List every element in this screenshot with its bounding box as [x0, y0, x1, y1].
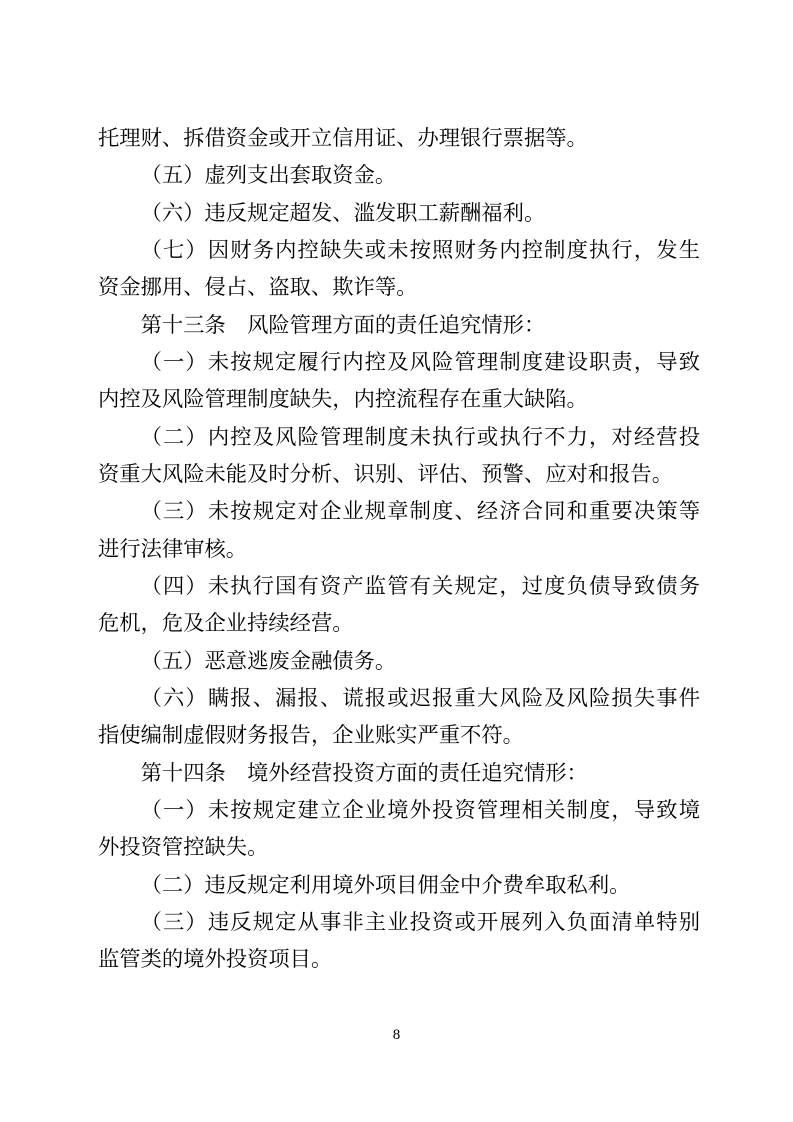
text-line: 资重大风险未能及时分析、识别、评估、预警、应对和报告。: [98, 456, 700, 493]
text-line: 内控及风险管理制度缺失，内控流程存在重大缺陷。: [98, 381, 700, 418]
text-line: 托理财、拆借资金或开立信用证、办理银行票据等。: [98, 120, 700, 157]
text-line: （五）虚列支出套取资金。: [98, 157, 700, 194]
text-line: 第十四条 境外经营投资方面的责任追究情形：: [98, 755, 700, 792]
text-line: （六）违反规定超发、滥发职工薪酬福利。: [98, 195, 700, 232]
text-line: （一）未按规定建立企业境外投资管理相关制度，导致境: [98, 792, 700, 829]
text-line: （七）因财务内控缺失或未按照财务内控制度执行，发生: [98, 232, 700, 269]
text-line: （五）恶意逃废金融债务。: [98, 643, 700, 680]
text-line: （三）未按规定对企业规章制度、经济合同和重要决策等: [98, 493, 700, 530]
text-line: 进行法律审核。: [98, 531, 700, 568]
document-page: 托理财、拆借资金或开立信用证、办理银行票据等。（五）虚列支出套取资金。（六）违反…: [0, 0, 793, 1122]
text-line: （一）未按规定履行内控及风险管理制度建设职责，导致: [98, 344, 700, 381]
text-line: 外投资管控缺失。: [98, 829, 700, 866]
text-line: 监管类的境外投资项目。: [98, 941, 700, 978]
text-line: 危机，危及企业持续经营。: [98, 605, 700, 642]
page-number: 8: [0, 1025, 793, 1045]
document-body: 托理财、拆借资金或开立信用证、办理银行票据等。（五）虚列支出套取资金。（六）违反…: [98, 120, 700, 979]
text-line: （二）内控及风险管理制度未执行或执行不力，对经营投: [98, 419, 700, 456]
text-line: （六）瞒报、漏报、谎报或迟报重大风险及风险损失事件: [98, 680, 700, 717]
text-line: （四）未执行国有资产监管有关规定，过度负债导致债务: [98, 568, 700, 605]
text-line: （二）违反规定利用境外项目佣金中介费牟取私利。: [98, 867, 700, 904]
text-line: （三）违反规定从事非主业投资或开展列入负面清单特别: [98, 904, 700, 941]
text-line: 资金挪用、侵占、盗取、欺诈等。: [98, 269, 700, 306]
text-line: 指使编制虚假财务报告，企业账实严重不符。: [98, 717, 700, 754]
text-line: 第十三条 风险管理方面的责任追究情形：: [98, 307, 700, 344]
